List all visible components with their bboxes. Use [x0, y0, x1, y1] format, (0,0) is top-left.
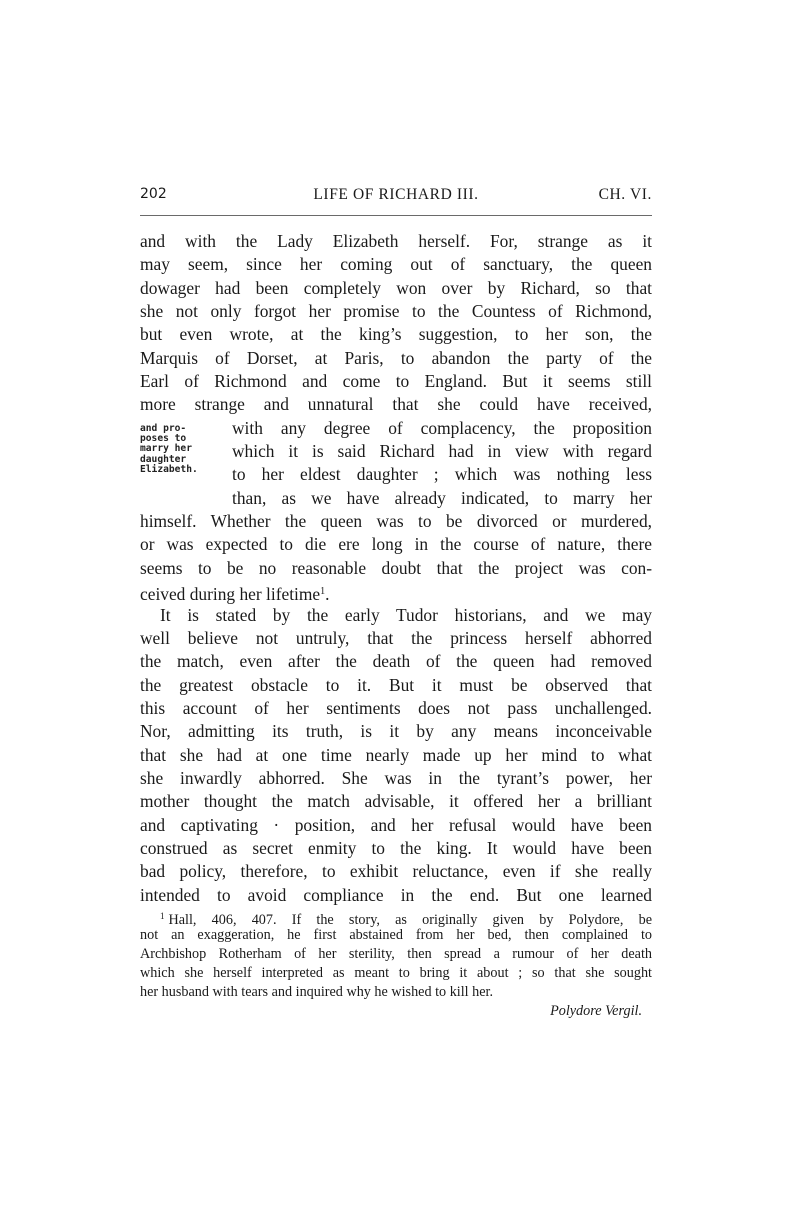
running-title: LIFE OF RICHARD III.: [140, 186, 652, 204]
text-line: and with the Lady Elizabeth herself. For…: [140, 230, 652, 253]
footnote-marker: 1: [160, 911, 165, 921]
text-line: which it is said Richard had in view wit…: [140, 440, 652, 463]
header-rule: [140, 215, 652, 216]
book-page: 202 LIFE OF RICHARD III. CH. VI. and pro…: [0, 0, 792, 1224]
footnote-line: Archbishop Rotherham of her sterility, t…: [140, 945, 652, 964]
text-line: Marquis of Dorset, at Paris, to abandon …: [140, 347, 652, 370]
text-line: mother thought the match advisable, it o…: [140, 790, 652, 813]
chapter-label: CH. VI.: [599, 186, 652, 204]
text-line: the greatest obstacle to it. But it must…: [140, 674, 652, 697]
text-line: or was expected to die ere long in the c…: [140, 533, 652, 556]
text-line: seems to be no reasonable doubt that the…: [140, 557, 652, 580]
text-line: bad policy, therefore, to exhibit reluct…: [140, 860, 652, 883]
paragraph-end-line: ceived during her lifetime1.: [140, 580, 652, 603]
footnote-line: not an exaggeration, he first abstained …: [140, 926, 652, 945]
text-line: and captivating · position, and her refu…: [140, 814, 652, 837]
text-line: himself. Whether the queen was to be div…: [140, 510, 652, 533]
text-line: Earl of Richmond and come to England. Bu…: [140, 370, 652, 393]
text-line: dowager had been completely won over by …: [140, 277, 652, 300]
text-line: this account of her sentiments does not …: [140, 697, 652, 720]
text-line: may seem, since her coming out of sanctu…: [140, 253, 652, 276]
text-line: that she had at one time nearly made up …: [140, 744, 652, 767]
text-line: but even wrote, at the king’s suggestion…: [140, 323, 652, 346]
footnotes: 1Hall, 406, 407. If the story, as origin…: [140, 907, 652, 1021]
punctuation: .: [325, 584, 329, 604]
text-line: Nor, admitting its truth, is it by any m…: [140, 720, 652, 743]
text-line: more strange and unnatural that she coul…: [140, 393, 652, 416]
text-line: to her eldest daughter ; which was nothi…: [140, 463, 652, 486]
text-line: with any degree of complacency, the prop…: [140, 417, 652, 440]
footnote-line: her husband with tears and inquired why …: [140, 983, 652, 1002]
text-line: she inwardly abhorred. She was in the ty…: [140, 767, 652, 790]
running-head: 202 LIFE OF RICHARD III. CH. VI.: [140, 186, 652, 208]
body-text: and with the Lady Elizabeth herself. For…: [140, 230, 652, 907]
text-line: she not only forgot her promise to the C…: [140, 300, 652, 323]
footnote-line: which she herself interpreted as meant t…: [140, 964, 652, 983]
text-line: the match, even after the death of the q…: [140, 650, 652, 673]
footnote-line: 1Hall, 406, 407. If the story, as origin…: [140, 907, 652, 926]
text-line: than, as we have already indicated, to m…: [140, 487, 652, 510]
text-line: intended to avoid compliance in the end.…: [140, 884, 652, 907]
text-line: ceived during her lifetime: [140, 584, 320, 604]
text-line: It is stated by the early Tudor historia…: [140, 604, 652, 627]
footnote-attribution: Polydore Vergil.: [140, 1002, 652, 1021]
text-line: construed as secret enmity to the king. …: [140, 837, 652, 860]
text-line: well believe not untruly, that the princ…: [140, 627, 652, 650]
